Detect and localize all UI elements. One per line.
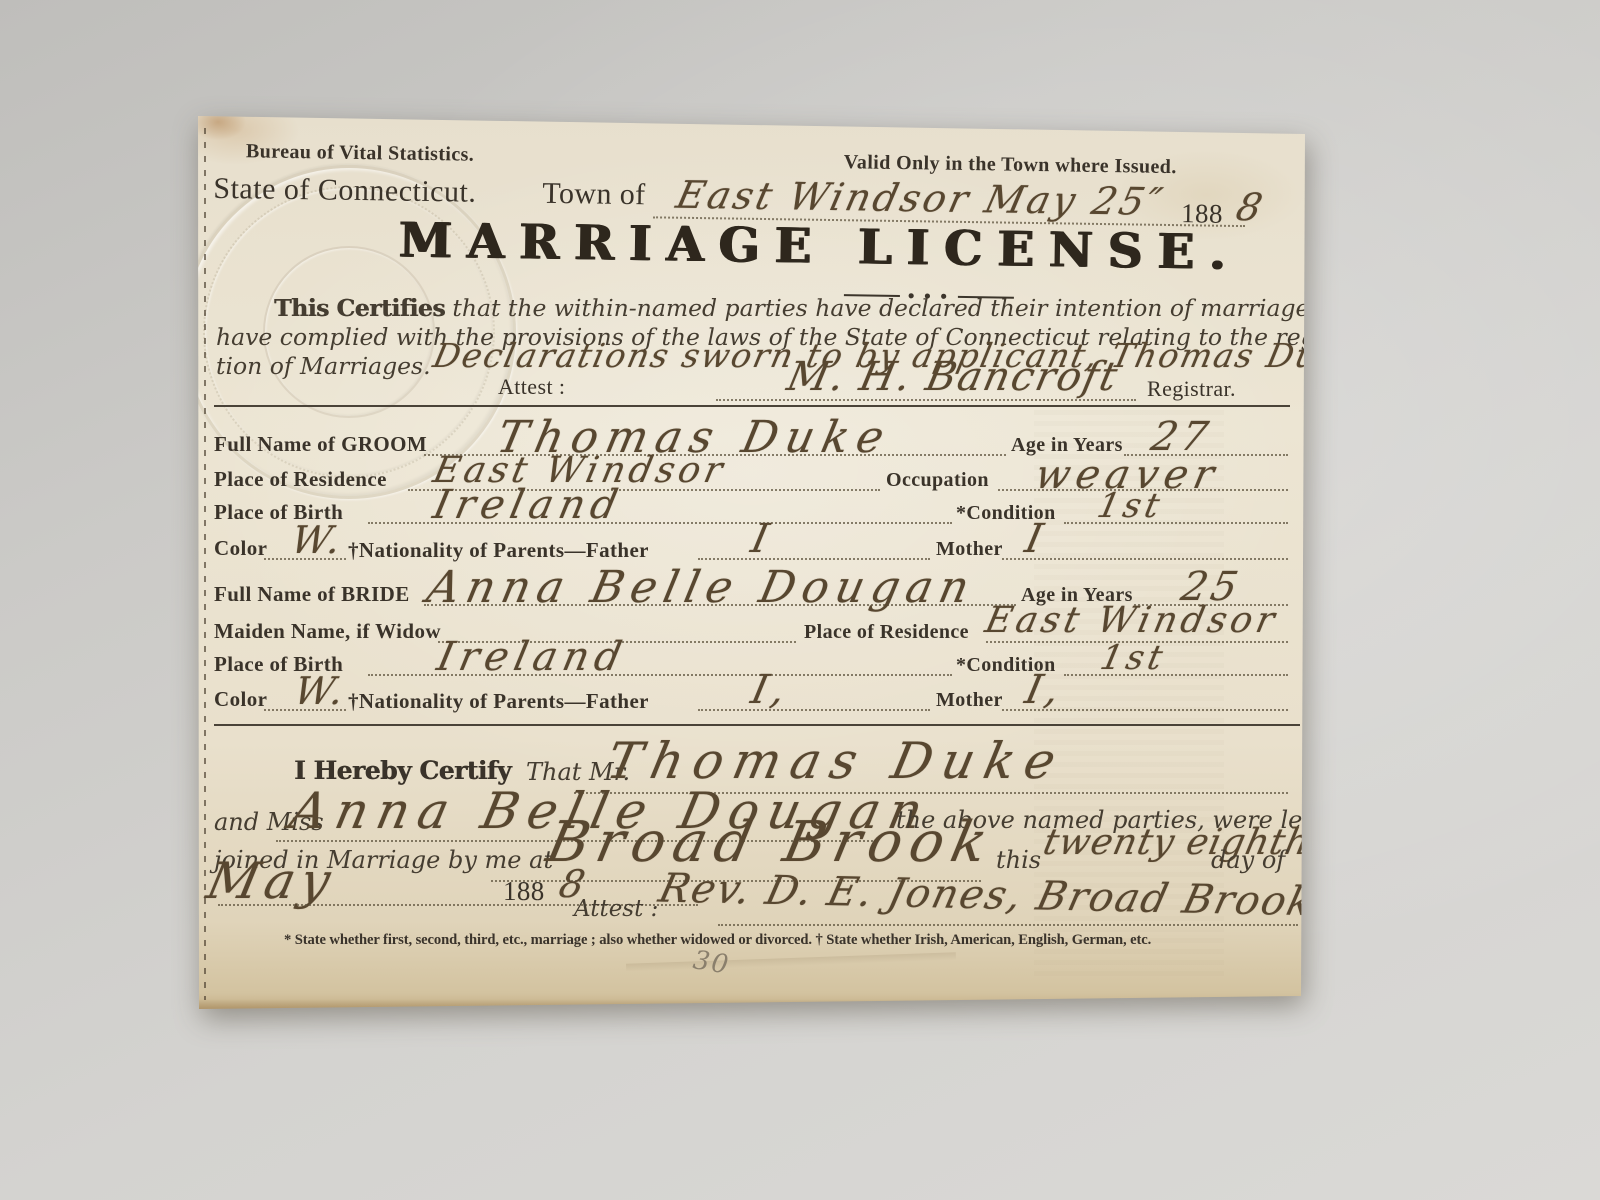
- attest-label: Attest :: [498, 374, 565, 400]
- day-of-label: day of: [1211, 846, 1285, 874]
- groom-occupation-label: Occupation: [886, 469, 989, 492]
- dotted-line: [698, 558, 930, 560]
- dotted-line: [718, 924, 1298, 926]
- bride-mother-label: Mother: [936, 689, 1003, 712]
- month-handwritten: May: [202, 852, 342, 910]
- bride-condition-handwritten: 1st: [1097, 638, 1170, 678]
- town-date-handwritten: East Windsor May 25″: [672, 173, 1169, 224]
- intro-line-1: This Certifies that the within-named par…: [274, 294, 1369, 322]
- bride-residence-handwritten: East Windsor: [982, 600, 1282, 641]
- registrar-label: Registrar.: [1147, 376, 1236, 402]
- groom-color-label: Color: [214, 536, 267, 561]
- groom-name-label: Full Name of GROOM: [214, 432, 427, 457]
- year-handwritten: 8: [1232, 185, 1270, 229]
- groom-color-handwritten: W.: [287, 518, 349, 562]
- groom-residence-label: Place of Residence: [214, 467, 387, 492]
- groom-mother-label: Mother: [936, 538, 1003, 561]
- intro-line-3: tion of Marriages.: [216, 352, 431, 380]
- section-rule: [214, 405, 1290, 407]
- this-label: this: [996, 846, 1041, 874]
- bride-birthplace-handwritten: Ireland: [433, 634, 631, 680]
- bride-color-label: Color: [214, 687, 267, 712]
- dotted-line: [1002, 558, 1288, 560]
- bride-parents-label: †Nationality of Parents—Father: [348, 689, 649, 714]
- cert-year-printed: 188: [503, 876, 545, 907]
- paper-crease: [626, 952, 956, 972]
- photo-of-document: Bureau of Vital Statistics. Valid Only i…: [0, 0, 1600, 1200]
- officiant-signature: Rev. D. E. Jones, Broad Brook, Conn.: [655, 865, 1477, 928]
- marriage-place-handwritten: Broad Brook: [541, 810, 1001, 875]
- bride-name-handwritten: Anna Belle Dougan: [423, 562, 981, 613]
- groom-condition-handwritten: 1st: [1094, 486, 1167, 526]
- pencil-note: 30: [691, 945, 732, 980]
- section-rule: [214, 724, 1300, 726]
- cert-attest-label: Attest :: [574, 896, 658, 922]
- footnote: * State whether first, second, third, et…: [284, 932, 1151, 949]
- bride-name-label: Full Name of BRIDE: [214, 582, 410, 607]
- groom-parents-label: †Nationality of Parents—Father: [348, 538, 649, 563]
- dotted-line: [698, 709, 930, 711]
- bride-maiden-label: Maiden Name, if Widow: [214, 619, 441, 644]
- state-label: State of Connecticut.: [213, 172, 476, 210]
- marriage-license-paper: Bureau of Vital Statistics. Valid Only i…: [196, 110, 1308, 1011]
- bride-residence-label: Place of Residence: [804, 621, 969, 644]
- bureau-label: Bureau of Vital Statistics.: [246, 140, 475, 166]
- bride-color-handwritten: W.: [290, 669, 352, 713]
- certify-lead: I Hereby Certify: [294, 756, 511, 785]
- valid-only-label: Valid Only in the Town where Issued.: [844, 151, 1177, 179]
- registrar-signature: M. H. Bancroft: [783, 354, 1123, 400]
- town-of-label: Town of: [542, 177, 646, 213]
- groom-birthplace-handwritten: Ireland: [429, 482, 627, 528]
